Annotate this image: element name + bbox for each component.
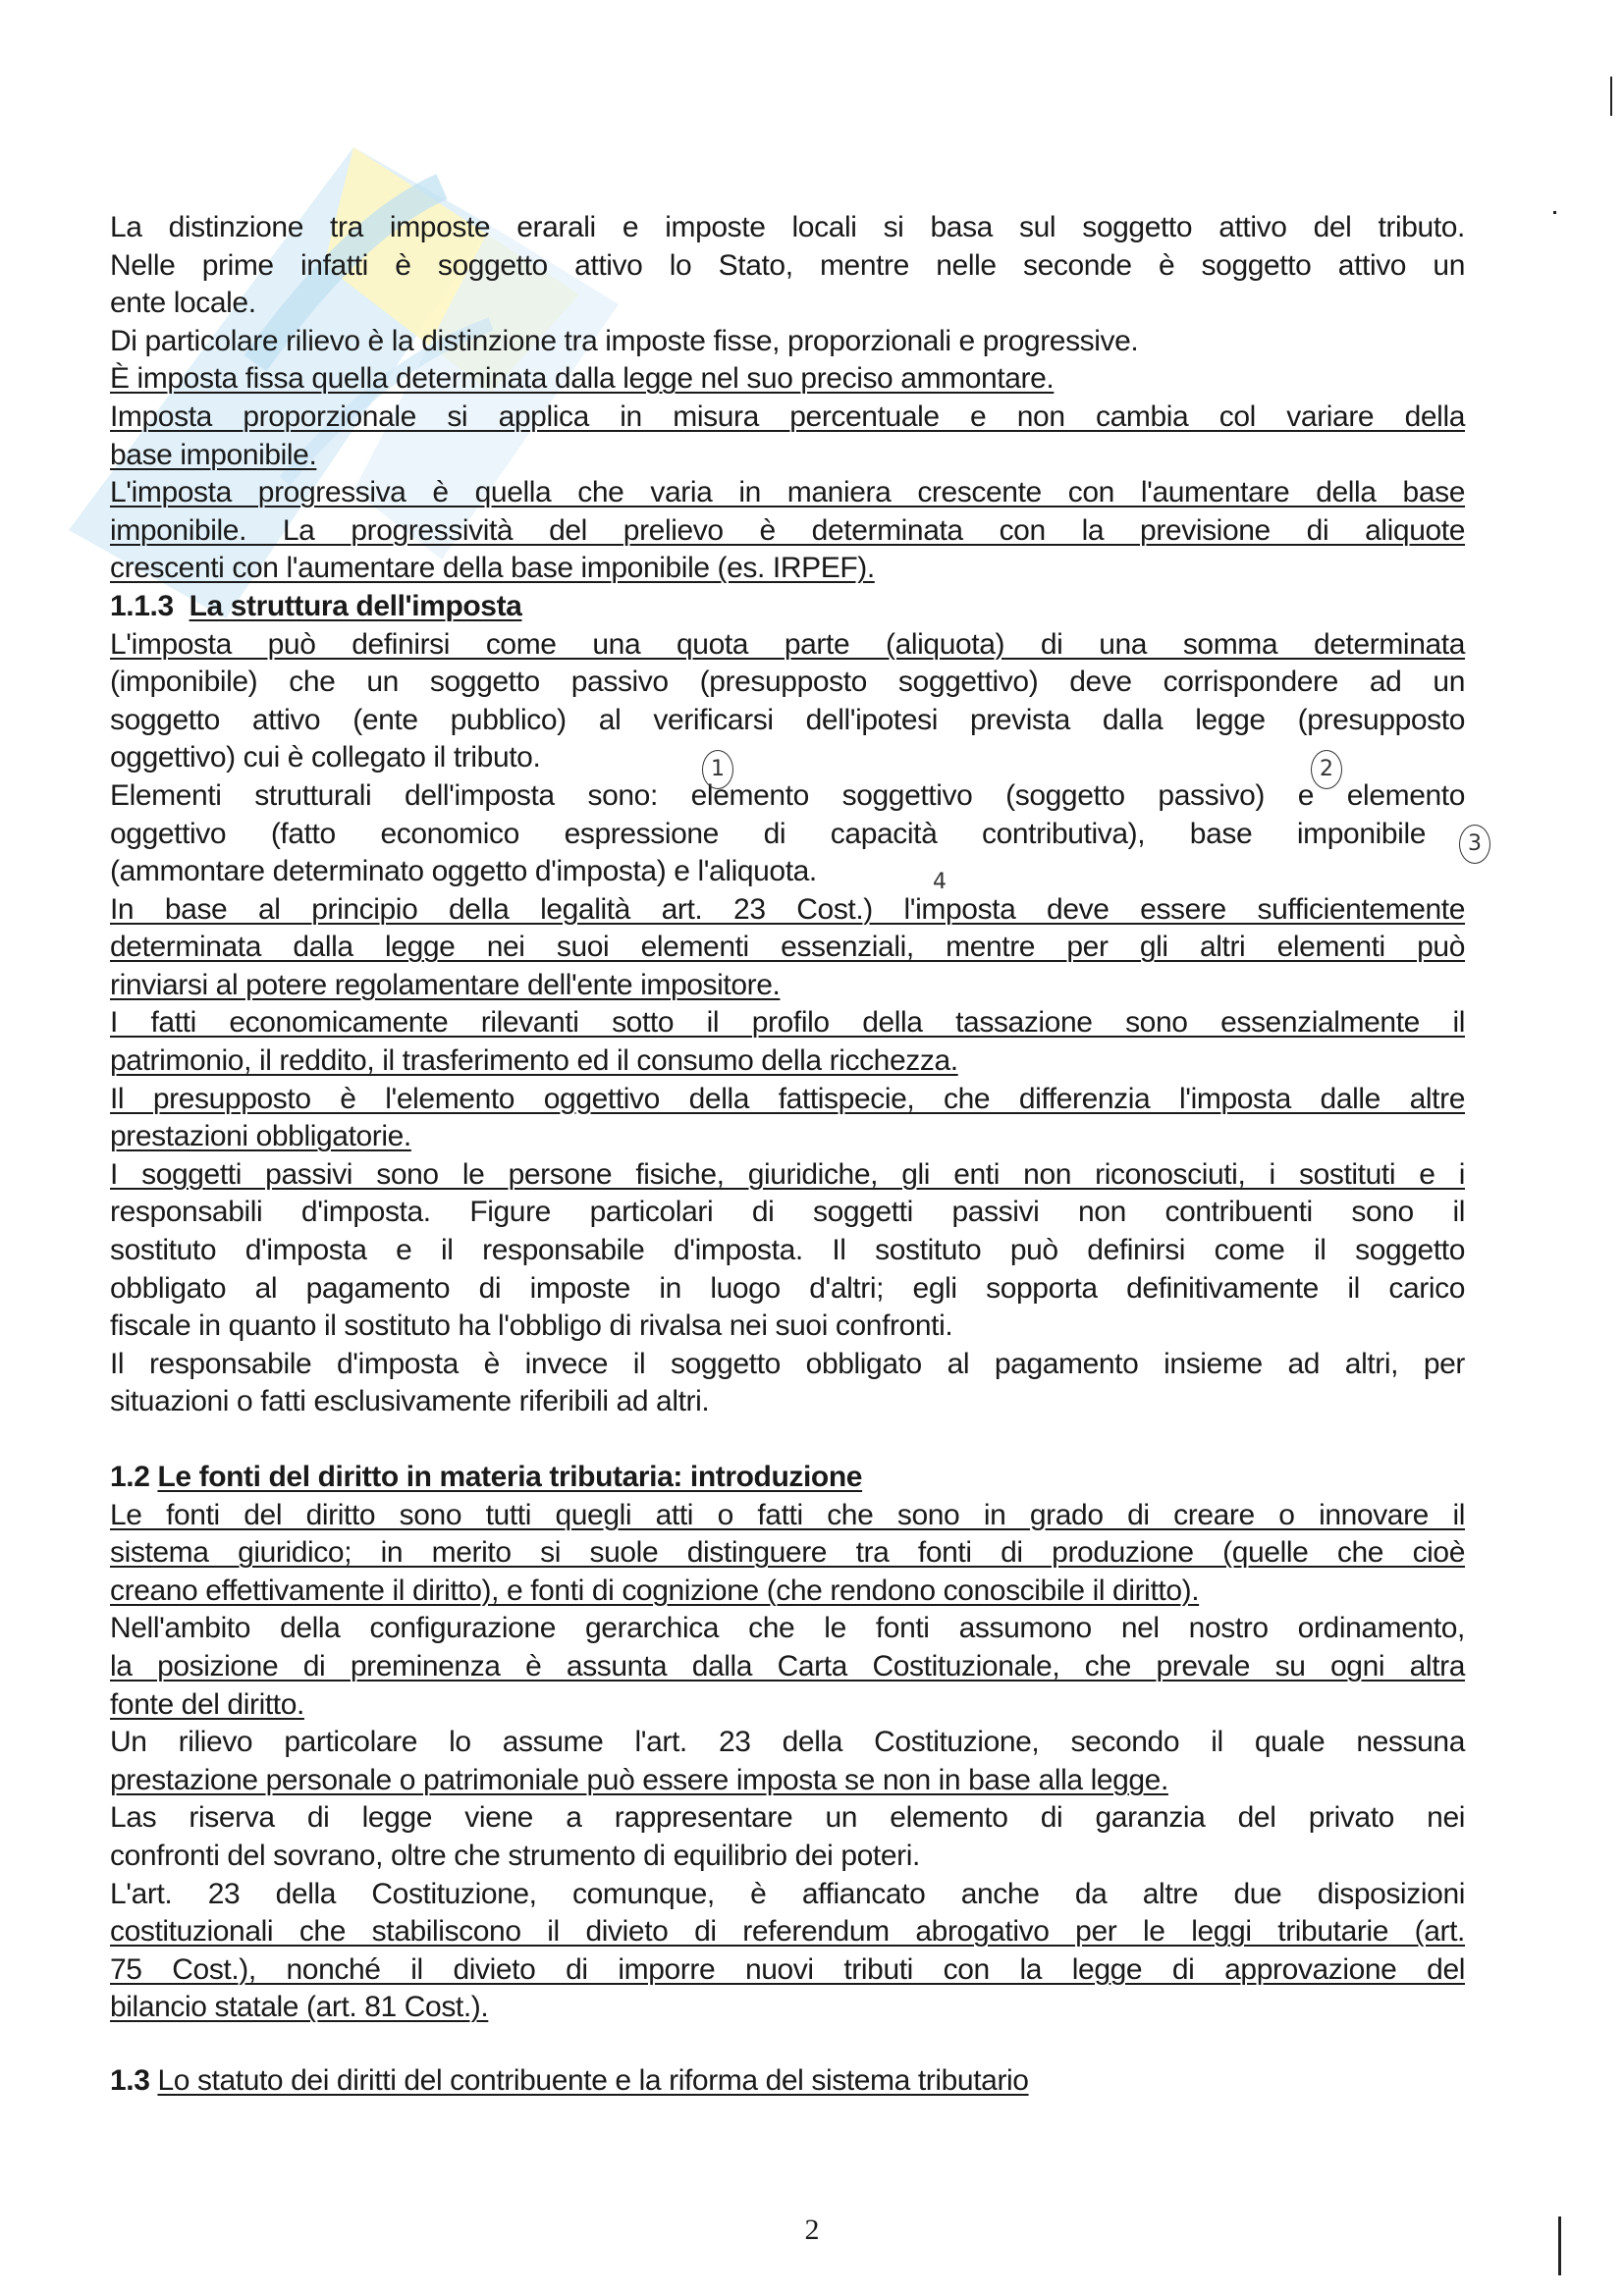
body-line: Il presupposto è l'elemento oggettivo de…: [110, 1081, 1465, 1119]
body-line: costituzionali che stabiliscono il divie…: [110, 1913, 1465, 1951]
body-line: (imponibile) che un soggetto passivo (pr…: [110, 664, 1465, 702]
document-page: La distinzione tra imposte erarali e imp…: [0, 0, 1624, 2296]
body-line: In base al principio della legalità art.…: [110, 891, 1465, 930]
scan-artifact: [1558, 2216, 1561, 2275]
scan-artifact: [1610, 77, 1612, 116]
body-line: 75 Cost.), nonché il divieto di imporre …: [110, 1951, 1465, 1990]
body-line: la posizione di preminenza è assunta dal…: [110, 1648, 1465, 1686]
body-line: Nell'ambito della configurazione gerarch…: [110, 1610, 1465, 1648]
body-line: responsabili d'imposta. Figure particola…: [110, 1194, 1465, 1232]
section-number: 1.2: [110, 1461, 150, 1493]
body-line: Imposta proporzionale si applica in misu…: [110, 399, 1465, 437]
page-number: 2: [0, 2214, 1624, 2247]
body-line: Las riserva di legge viene a rappresenta…: [110, 1799, 1465, 1838]
section-number: 1.3: [110, 2064, 150, 2097]
body-line: confronti del sovrano, oltre che strumen…: [110, 1838, 1465, 1876]
handwritten-annotation-3: 3: [1459, 825, 1490, 864]
body-line: determinata dalla legge nei suoi element…: [110, 929, 1465, 967]
handwritten-annotation-1: 1: [702, 750, 733, 789]
body-line: Il responsabile d'imposta è invece il so…: [110, 1346, 1465, 1384]
section-heading-1-3: 1.3 Lo statuto dei diritti del contribue…: [110, 2062, 1465, 2101]
body-line: Di particolare rilievo è la distinzione …: [110, 323, 1465, 361]
body-line: Un rilievo particolare lo assume l'art. …: [110, 1724, 1465, 1762]
section-title: Le fonti del diritto in materia tributar…: [157, 1461, 862, 1493]
body-line: sistema giuridico; in merito si suole di…: [110, 1534, 1465, 1573]
body-line: I soggetti passivi sono le persone fisic…: [110, 1156, 1465, 1195]
body-line: I fatti economicamente rilevanti sotto i…: [110, 1004, 1465, 1042]
body-line: oggettivo (fatto economico espressione d…: [110, 816, 1426, 854]
body-line: oggettivo) cui è collegato il tributo.: [110, 739, 1465, 777]
body-line: fonte del diritto.: [110, 1686, 1465, 1725]
section-title: La struttura dell'imposta: [189, 590, 522, 622]
body-line: È imposta fissa quella determinata dalla…: [110, 360, 1465, 399]
body-line: prestazioni obbligatorie.: [110, 1118, 1465, 1156]
handwritten-annotation-4: 4: [933, 864, 947, 901]
handwritten-annotation-2: 2: [1311, 750, 1342, 789]
body-line: obbligato al pagamento di imposte in luo…: [110, 1270, 1465, 1308]
body-line: ente locale.: [110, 285, 1465, 323]
body-line: crescenti con l'aumentare della base imp…: [110, 550, 1465, 588]
scan-artifact: [1553, 211, 1556, 214]
body-line: L'imposta può definirsi come una quota p…: [110, 626, 1465, 665]
body-line: soggetto attivo (ente pubblico) al verif…: [110, 702, 1465, 740]
body-line: prestazione personale o patrimoniale può…: [110, 1762, 1465, 1800]
body-line: Nelle prime infatti è soggetto attivo lo…: [110, 247, 1465, 286]
document-body: La distinzione tra imposte erarali e imp…: [110, 209, 1465, 2101]
body-line: base imponibile.: [110, 437, 1465, 475]
section-heading-1-2: 1.2 Le fonti del diritto in materia trib…: [110, 1459, 1465, 1497]
body-line: patrimonio, il reddito, il trasferimento…: [110, 1042, 1465, 1081]
body-line: situazioni o fatti esclusivamente riferi…: [110, 1383, 1465, 1421]
body-line: imponibile. La progressività del preliev…: [110, 512, 1465, 551]
body-line: creano effettivamente il diritto), e fon…: [110, 1573, 1465, 1611]
body-line: L'art. 23 della Costituzione, comunque, …: [110, 1876, 1465, 1914]
body-line: La distinzione tra imposte erarali e imp…: [110, 209, 1465, 247]
section-number: 1.1.3: [110, 590, 174, 622]
body-line: Elementi strutturali dell'imposta sono: …: [110, 777, 1465, 816]
body-line: bilancio statale (art. 81 Cost.).: [110, 1989, 1465, 2027]
body-line: fiscale in quanto il sostituto ha l'obbl…: [110, 1308, 1465, 1346]
body-line: L'imposta progressiva è quella che varia…: [110, 474, 1465, 512]
body-line: (ammontare determinato oggetto d'imposta…: [110, 853, 1465, 891]
body-line: Le fonti del diritto sono tutti quegli a…: [110, 1497, 1465, 1535]
body-line: rinviarsi al potere regolamentare dell'e…: [110, 967, 1465, 1005]
section-heading-1-1-3: 1.1.3 La struttura dell'imposta: [110, 588, 1465, 626]
body-line: sostituto d'imposta e il responsabile d'…: [110, 1232, 1465, 1270]
section-title: Lo statuto dei diritti del contribuente …: [157, 2064, 1028, 2097]
